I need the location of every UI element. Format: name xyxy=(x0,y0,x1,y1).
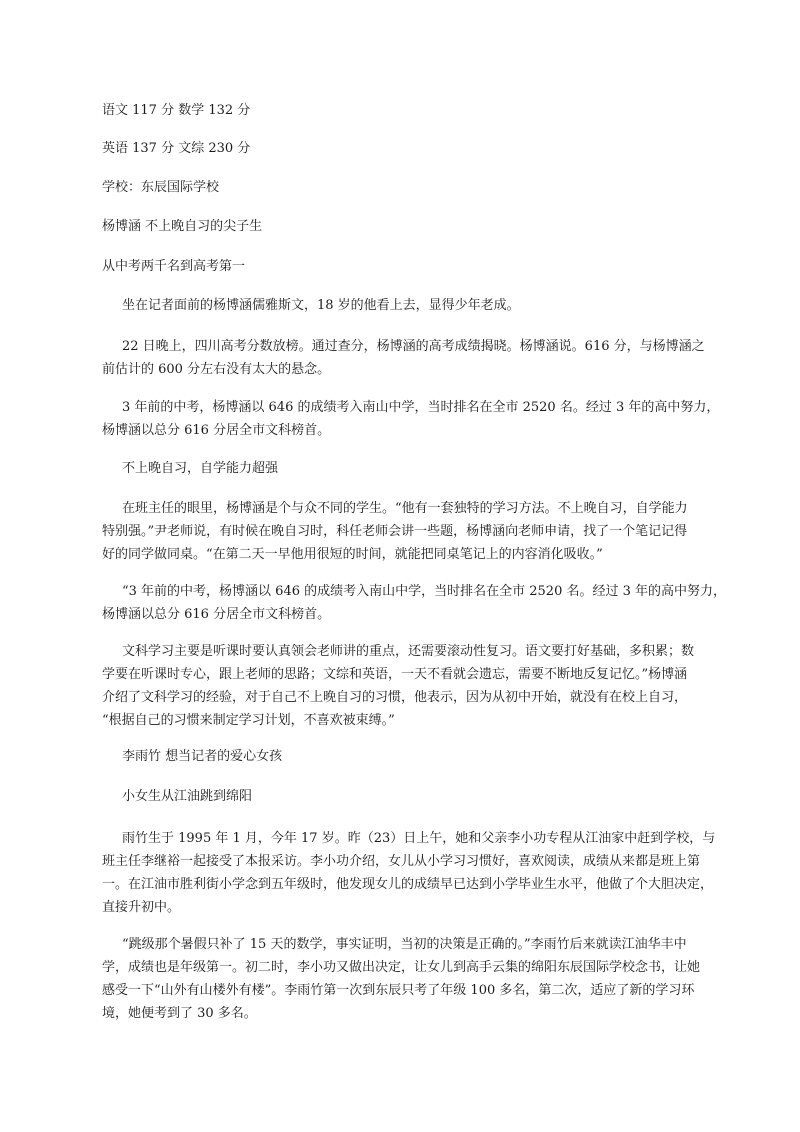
text-line: 雨竹生于 1995 年 1 月，今年 17 岁。昨（23）日上午，她和父亲李小功… xyxy=(102,827,742,850)
text-line: 好的同学做同桌。“在第二天一早他用很短的时间，就能把同桌笔记上的内容消化吸收。” xyxy=(102,543,742,566)
text-line: “3 年前的中考，杨博涵以 646 的成绩考入南山中学，当时排名在全市 2520… xyxy=(102,580,742,603)
text-line: 学要在听课时专心，跟上老师的思路；文综和英语，一天不看就会遗忘，需要不断地反复记… xyxy=(102,663,742,686)
text-line: “根据自己的习惯来制定学习计划，不喜欢被束缚。” xyxy=(102,709,742,732)
body-paragraph: 坐在记者面前的杨博涵儒雅斯文，18 岁的他看上去，显得少年老成。 xyxy=(102,294,742,317)
body-paragraph: “3 年前的中考，杨博涵以 646 的成绩考入南山中学，当时排名在全市 2520… xyxy=(102,580,742,626)
section-heading: 李雨竹 想当记者的爱心女孩 xyxy=(102,745,742,768)
text-line: 文科学习主要是听课时要认真领会老师讲的重点，还需要滚动性复习。语文要打好基础，多… xyxy=(102,640,742,663)
text-line: 杨博涵以总分 616 分居全市文科榜首。 xyxy=(102,603,742,626)
text-line: 在班主任的眼里，杨博涵是个与众不同的学生。“他有一套独特的学习方法。不上晚自习，… xyxy=(102,497,742,520)
section-heading: 不上晚自习，自学能力超强 xyxy=(102,457,742,480)
document-page: 语文 117 分 数学 132 分英语 137 分 文综 230 分学校：东辰国… xyxy=(0,0,800,1132)
text-line: “跳级那个暑假只补了 15 天的数学，事实证明，当初的决策是正确的。”李雨竹后来… xyxy=(102,933,742,956)
text-line: 境，她便考到了 30 多名。 xyxy=(102,1002,742,1025)
body-paragraph: 文科学习主要是听课时要认真领会老师讲的重点，还需要滚动性复习。语文要打好基础，多… xyxy=(102,640,742,732)
text-line: 小女生从江油跳到绵阳 xyxy=(102,785,742,808)
text-line: 语文 117 分 数学 132 分 xyxy=(102,99,742,122)
text-line: 从中考两千名到高考第一 xyxy=(102,255,742,278)
body-paragraph: 3 年前的中考，杨博涵以 646 的成绩考入南山中学，当时排名在全市 2520 … xyxy=(102,396,742,442)
text-line: 不上晚自习，自学能力超强 xyxy=(102,457,742,480)
text-line: 李雨竹 想当记者的爱心女孩 xyxy=(102,745,742,768)
text-line: 特别强。”尹老师说，有时候在晚自习时，科任老师会讲一些题，杨博涵向老师申请，找了… xyxy=(102,520,742,543)
body-paragraph: 22 日晚上，四川高考分数放榜。通过查分，杨博涵的高考成绩揭晓。杨博涵说。616… xyxy=(102,335,742,381)
section-heading: 从中考两千名到高考第一 xyxy=(102,255,742,278)
section-heading: 英语 137 分 文综 230 分 xyxy=(102,137,742,160)
section-heading: 杨博涵 不上晚自习的尖子生 xyxy=(102,215,742,238)
text-line: 坐在记者面前的杨博涵儒雅斯文，18 岁的他看上去，显得少年老成。 xyxy=(102,294,742,317)
text-line: 22 日晚上，四川高考分数放榜。通过查分，杨博涵的高考成绩揭晓。杨博涵说。616… xyxy=(102,335,742,358)
text-line: 一。在江油市胜利街小学念到五年级时，他发现女儿的成绩早已达到小学毕业生水平，他做… xyxy=(102,873,742,896)
text-line: 前估计的 600 分左右没有太大的悬念。 xyxy=(102,358,742,381)
text-line: 学，成绩也是年级第一。初二时，李小功又做出决定，让女儿到高手云集的绵阳东辰国际学… xyxy=(102,956,742,979)
text-line: 3 年前的中考，杨博涵以 646 的成绩考入南山中学，当时排名在全市 2520 … xyxy=(102,396,742,419)
text-line: 介绍了文科学习的经验，对于自己不上晚自习的习惯，他表示，因为从初中开始，就没有在… xyxy=(102,686,742,709)
text-line: 学校：东辰国际学校 xyxy=(102,176,742,199)
body-paragraph: 雨竹生于 1995 年 1 月，今年 17 岁。昨（23）日上午，她和父亲李小功… xyxy=(102,827,742,919)
section-heading: 小女生从江油跳到绵阳 xyxy=(102,785,742,808)
text-line: 直接升初中。 xyxy=(102,896,742,919)
text-line: 杨博涵 不上晚自习的尖子生 xyxy=(102,215,742,238)
text-line: 感受一下“山外有山楼外有楼”。李雨竹第一次到东辰只考了年级 100 多名，第二次… xyxy=(102,979,742,1002)
section-heading: 语文 117 分 数学 132 分 xyxy=(102,99,742,122)
body-paragraph: 在班主任的眼里，杨博涵是个与众不同的学生。“他有一套独特的学习方法。不上晚自习，… xyxy=(102,497,742,566)
body-paragraph: “跳级那个暑假只补了 15 天的数学，事实证明，当初的决策是正确的。”李雨竹后来… xyxy=(102,933,742,1025)
text-line: 班主任李继裕一起接受了本报采访。李小功介绍，女儿从小学习习惯好，喜欢阅读，成绩从… xyxy=(102,850,742,873)
text-line: 杨博涵以总分 616 分居全市文科榜首。 xyxy=(102,419,742,442)
text-line: 英语 137 分 文综 230 分 xyxy=(102,137,742,160)
section-heading: 学校：东辰国际学校 xyxy=(102,176,742,199)
